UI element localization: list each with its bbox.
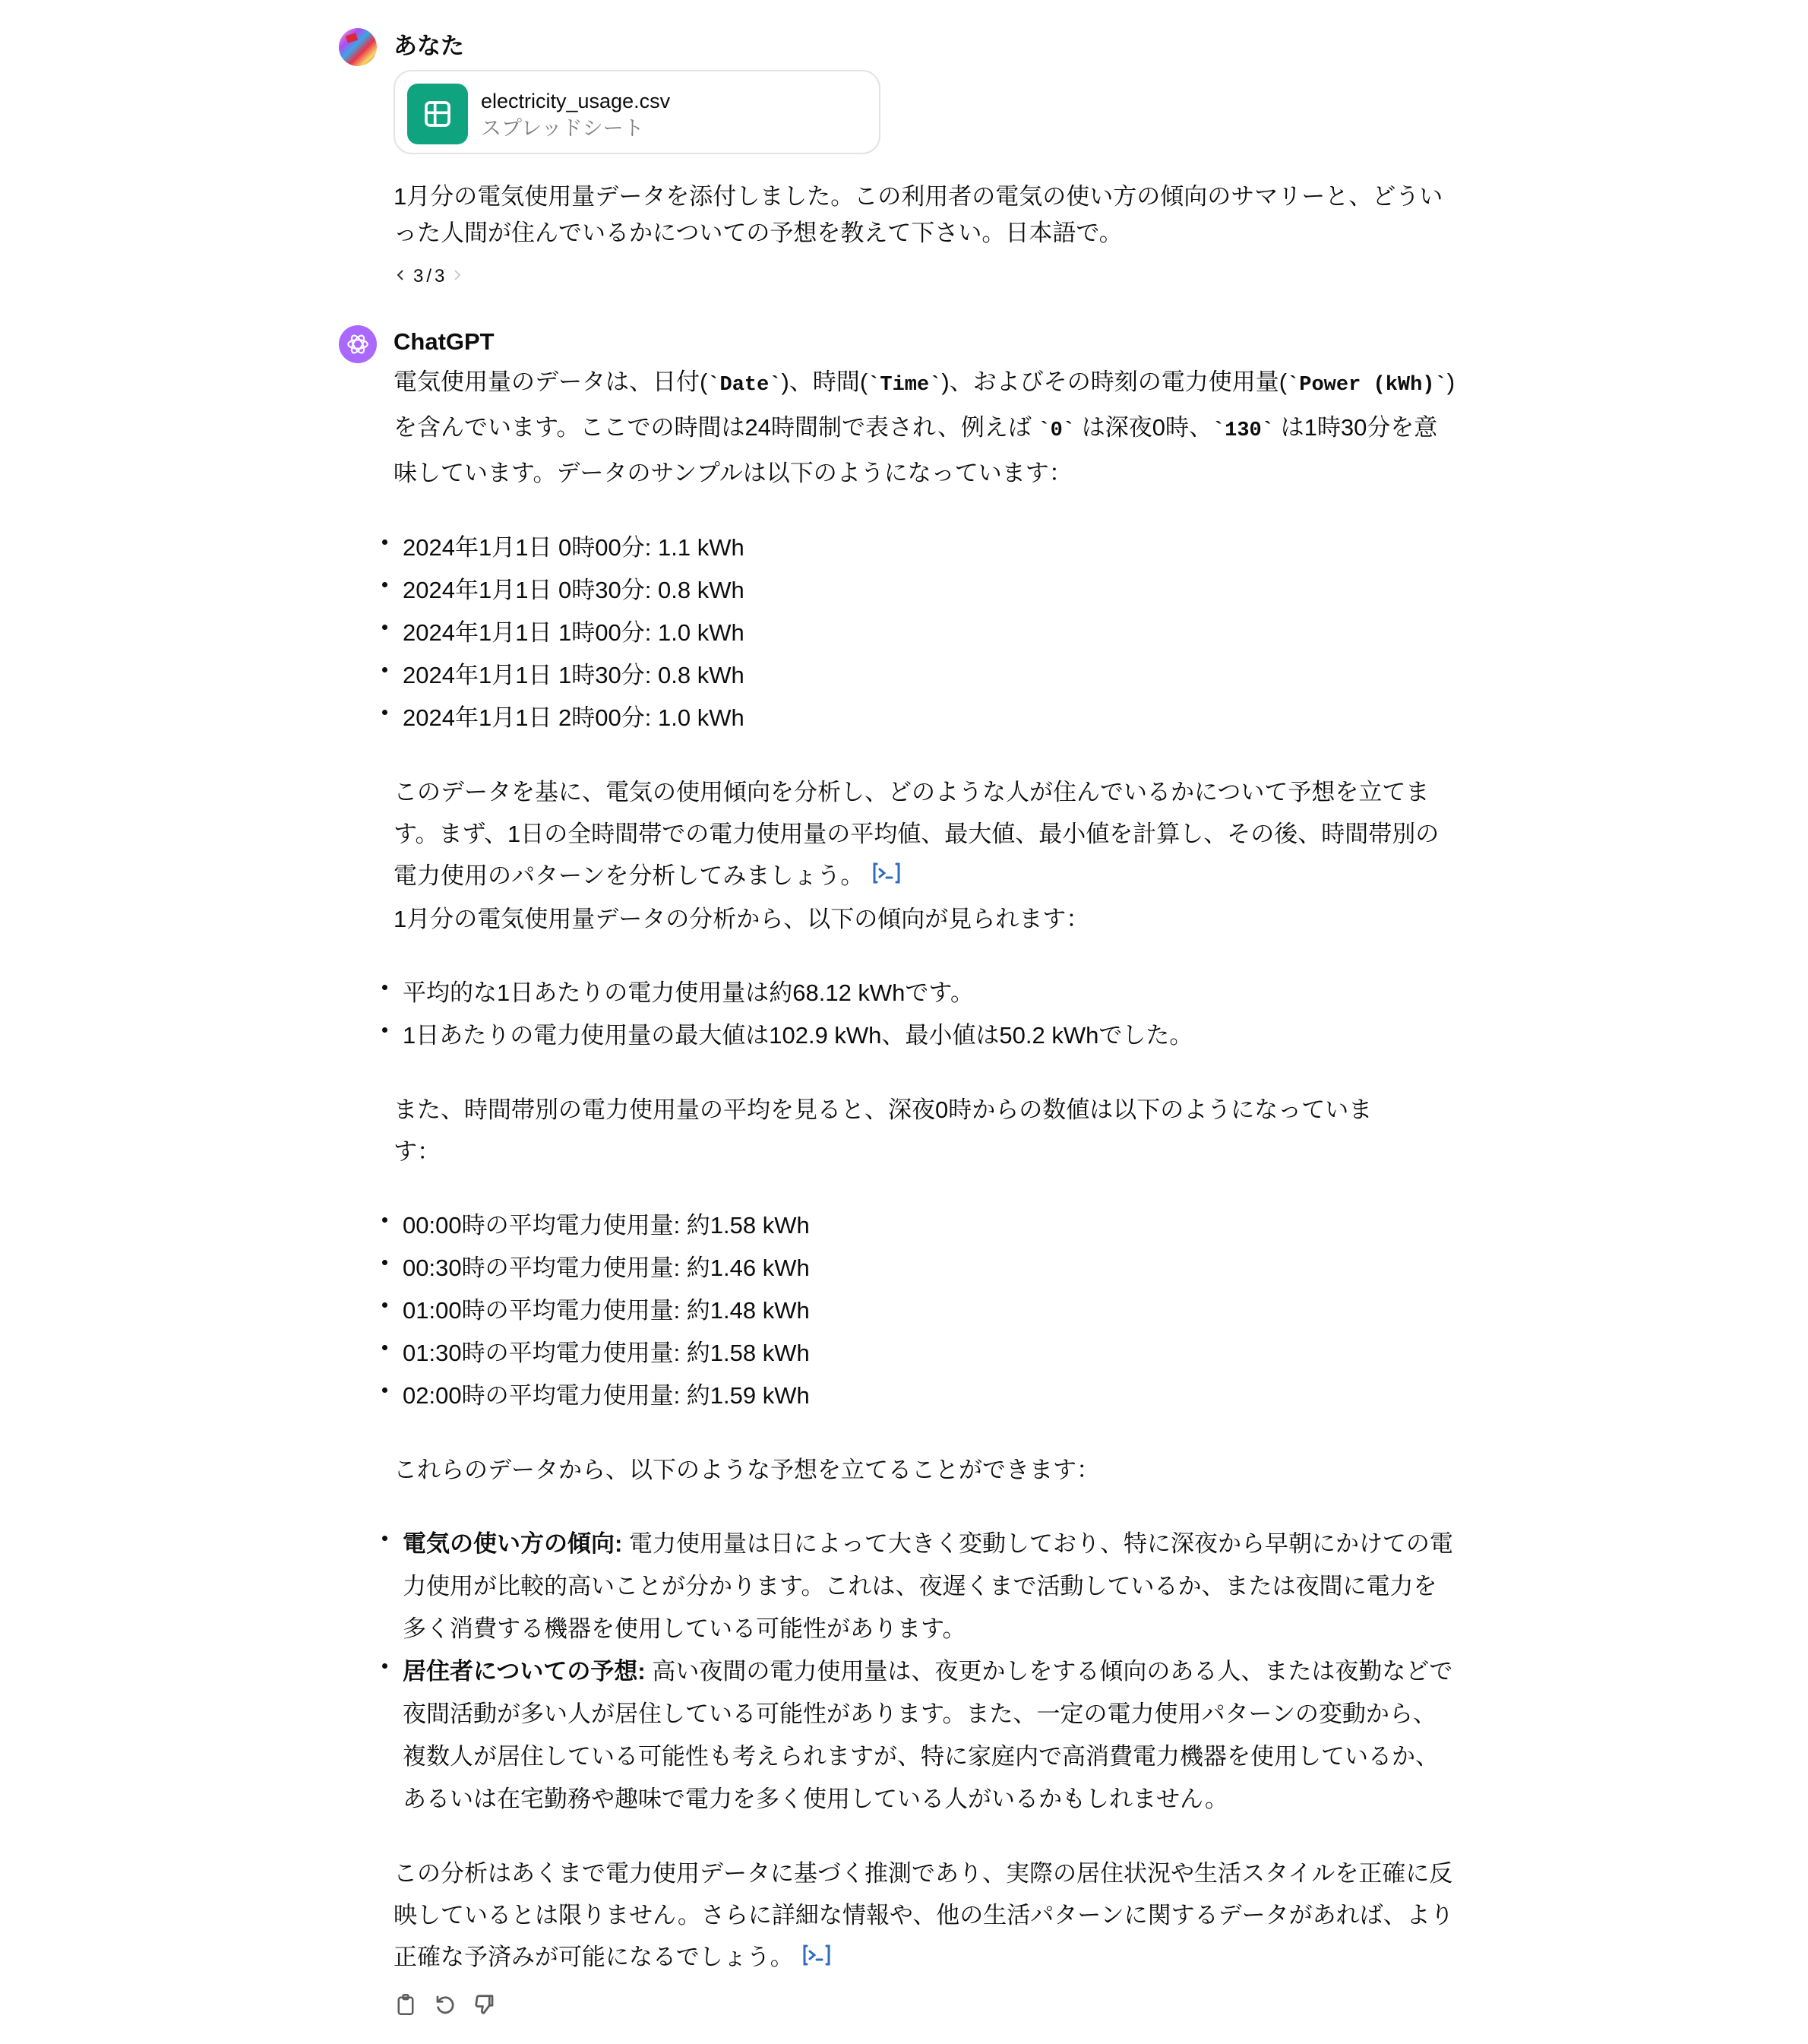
attachment-card[interactable]: electricity_usage.csv スプレッドシート: [394, 70, 880, 154]
list-item: 1日あたりの電力使用量の最大値は102.9 kWh、最小値は50.2 kWhでし…: [394, 1014, 1457, 1057]
list-item: 01:00時の平均電力使用量: 約1.48 kWh: [394, 1289, 1457, 1332]
predictions-list: 電気の使い方の傾向: 電力使用量は日によって大きく変動しており、特に深夜から早朝…: [394, 1523, 1457, 1821]
list-item: 2024年1月1日 0時00分: 1.1 kWh: [394, 527, 1457, 569]
chevron-right-icon[interactable]: [452, 265, 463, 288]
list-item: 2024年1月1日 2時00分: 1.0 kWh: [394, 697, 1457, 739]
chevron-left-icon[interactable]: [395, 265, 406, 288]
user-message: 1月分の電気使用量データを添付しました。この利用者の電気の使い方の傾向のサマリー…: [394, 179, 1457, 252]
list-item: 01:30時の平均電力使用量: 約1.58 kWh: [394, 1332, 1457, 1375]
list-item: 平均的な1日あたりの電力使用量は約68.12 kWhです。: [394, 972, 1457, 1014]
assistant-speaker-name: ChatGPT: [394, 327, 495, 357]
list-item: 電気の使い方の傾向: 電力使用量は日によって大きく変動しており、特に深夜から早朝…: [394, 1523, 1457, 1650]
openai-logo-icon: [345, 331, 371, 357]
copy-icon[interactable]: [394, 1992, 418, 2017]
chatgpt-avatar: [339, 325, 377, 363]
regenerate-icon[interactable]: [433, 1992, 457, 2017]
sample-list: 2024年1月1日 0時00分: 1.1 kWh 2024年1月1日 0時30分…: [394, 527, 1457, 739]
user-avatar: [339, 28, 377, 66]
thumbs-down-icon[interactable]: [473, 1992, 497, 2017]
pager-label: 3/3: [413, 265, 444, 288]
attachment-file-type: スプレッドシート: [481, 115, 644, 141]
daily-stats-list: 平均的な1日あたりの電力使用量は約68.12 kWhです。 1日あたりの電力使用…: [394, 972, 1457, 1057]
conclusion-paragraph: この分析はあくまで電力使用データに基づく推測であり、実際の居住状況や生活スタイル…: [394, 1853, 1457, 1979]
list-item: 2024年1月1日 0時30分: 0.8 kWh: [394, 569, 1457, 612]
assistant-message: 電気使用量のデータは、日付(`Date`)、時間(`Time`)、およびその時刻…: [394, 361, 1457, 2017]
analysis-plan-paragraph: このデータを基に、電気の使用傾向を分析し、どのような人が住んでいるかについて予想…: [394, 771, 1457, 898]
list-item: 2024年1月1日 1時00分: 1.0 kWh: [394, 612, 1457, 654]
message-actions: [394, 1992, 1457, 2017]
hourly-intro: また、時間帯別の電力使用量の平均を見ると、深夜0時からの数値は以下のようになって…: [394, 1089, 1411, 1172]
list-item: 00:00時の平均電力使用量: 約1.58 kWh: [394, 1204, 1457, 1247]
list-item: 02:00時の平均電力使用量: 約1.59 kWh: [394, 1375, 1457, 1417]
spreadsheet-icon: [407, 84, 468, 144]
list-item: 2024年1月1日 1時30分: 0.8 kWh: [394, 654, 1457, 697]
message-pager: 3/3: [395, 265, 1459, 288]
attachment-file-name: electricity_usage.csv: [481, 88, 670, 114]
intro-paragraph: 電気使用量のデータは、日付(`Date`)、時間(`Time`)、およびその時刻…: [394, 361, 1457, 494]
prediction-label: 居住者についての予想:: [403, 1658, 646, 1685]
trend-intro: 1月分の電気使用量データの分析から、以下の傾向が見られます：: [394, 898, 1457, 940]
list-item: 居住者についての予想: 高い夜間の電力使用量は、夜更かしをする傾向のある人、また…: [394, 1650, 1457, 1821]
view-analysis-code-icon[interactable]: [871, 856, 902, 898]
prediction-label: 電気の使い方の傾向:: [403, 1530, 622, 1557]
list-item: 00:30時の平均電力使用量: 約1.46 kWh: [394, 1247, 1457, 1289]
user-speaker-name: あなた: [394, 31, 464, 62]
hourly-list: 00:00時の平均電力使用量: 約1.58 kWh 00:30時の平均電力使用量…: [394, 1204, 1457, 1417]
prediction-intro: これらのデータから、以下のような予想を立てることができます：: [394, 1449, 1457, 1491]
view-analysis-code-icon[interactable]: [801, 1938, 832, 1980]
